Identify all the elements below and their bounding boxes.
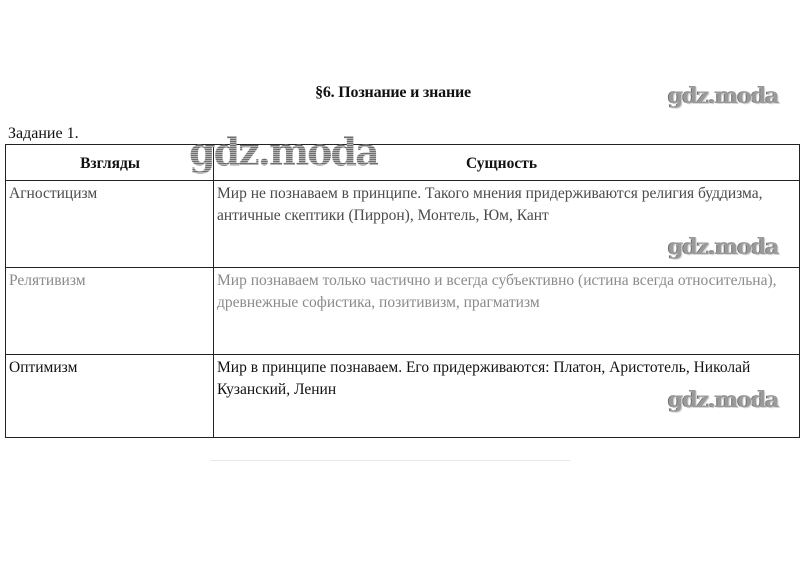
ghost-divider (210, 460, 570, 461)
view-cell: Релятивизм (6, 268, 214, 355)
table-row: Релятивизм Мир познаваем только частично… (6, 268, 800, 355)
header-essence: Сущность (214, 145, 800, 181)
table-row: Агностицизм Мир не познаваем в принципе.… (6, 181, 800, 268)
essence-cell: Мир познаваем только частично и всегда с… (214, 268, 800, 355)
essence-cell: Мир в принципе познаваем. Его придержива… (214, 355, 800, 438)
page-title: §6. Познание и знание (0, 84, 786, 102)
views-table: Взгляды Сущность Агностицизм Мир не позн… (5, 144, 800, 438)
table-header-row: Взгляды Сущность (6, 145, 800, 181)
view-cell: Оптимизм (6, 355, 214, 438)
essence-cell: Мир не познаваем в принципе. Такого мнен… (214, 181, 800, 268)
table-row: Оптимизм Мир в принципе познаваем. Его п… (6, 355, 800, 438)
view-cell: Агностицизм (6, 181, 214, 268)
header-views: Взгляды (6, 145, 214, 181)
task-label: Задание 1. (8, 125, 79, 143)
